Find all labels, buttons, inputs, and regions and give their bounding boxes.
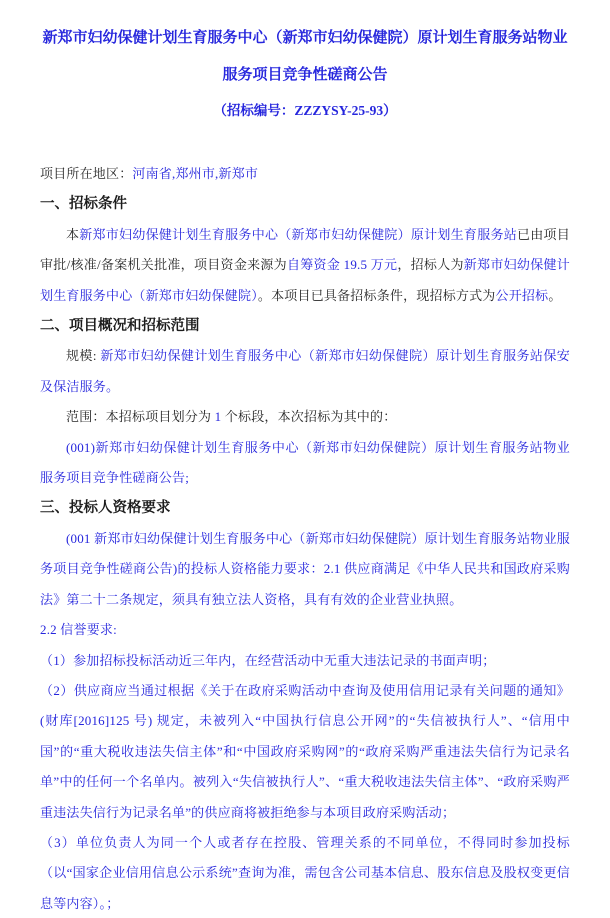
text-segment: ，招标人为 <box>397 257 463 272</box>
scale-label: 规模: <box>66 348 100 363</box>
credit-requirement-item-1: （1）参加招标投标活动近三年内，在经营活动中无重大违法记录的书面声明； <box>40 646 570 676</box>
qualification-requirements-paragraph: (001 新郑市妇幼保健计划生育服务中心（新郑市妇幼保健院）原计划生育服务站物业… <box>40 524 570 615</box>
text-segment: 个标段，本次招标为其中的： <box>221 409 396 424</box>
document-title: 新郑市妇幼保健计划生育服务中心（新郑市妇幼保健院）原计划生育服务站物业服务项目竞… <box>40 20 570 94</box>
section-heading-bidder-qualifications: 三、投标人资格要求 <box>40 493 570 523</box>
text-segment: 本 <box>66 227 79 242</box>
text-segment: 。本项目已具备招标条件，现招标方式为 <box>258 288 496 303</box>
announcement-document-page: 新郑市妇幼保健计划生育服务中心（新郑市妇幼保健院）原计划生育服务站物业服务项目竞… <box>0 0 610 918</box>
bidding-conditions-paragraph: 本新郑市妇幼保健计划生育服务中心（新郑市妇幼保健院）原计划生育服务站已由项目审批… <box>40 220 570 311</box>
project-scale-paragraph: 规模: 新郑市妇幼保健计划生育服务中心（新郑市妇幼保健院）原计划生育服务站保安及… <box>40 341 570 402</box>
scale-value: 新郑市妇幼保健计划生育服务中心（新郑市妇幼保健院）原计划生育服务站保安及保洁服务… <box>40 348 570 393</box>
tender-number: （招标编号：ZZZYSY-25-93） <box>40 94 570 127</box>
section-heading-project-overview: 二、项目概况和招标范围 <box>40 311 570 341</box>
bid-method-text: 公开招标 <box>496 288 549 303</box>
project-location-line: 项目所在地区：河南省,郑州市,新郑市 <box>40 159 570 189</box>
funding-source-text: 自筹资金 19.5 万元 <box>287 257 397 272</box>
credit-requirement-item-3: （3）单位负责人为同一个人或者存在控股、管理关系的不同单位，不得同时参加投标（以… <box>40 828 570 918</box>
credit-requirements-heading: 2.2 信誉要求: <box>40 615 570 645</box>
project-name-text: 新郑市妇幼保健计划生育服务中心（新郑市妇幼保健院）原计划生育服务站 <box>79 227 517 242</box>
project-scope-paragraph: 范围：本招标项目划分为 1 个标段，本次招标为其中的： <box>40 402 570 432</box>
scope-label: 范围：本招标项目划分为 <box>66 409 215 424</box>
credit-requirement-item-2: （2）供应商应当通过根据《关于在政府采购活动中查询及使用信用记录有关问题的通知》… <box>40 676 570 828</box>
section-heading-bidding-conditions: 一、招标条件 <box>40 189 570 219</box>
location-value: 河南省,郑州市,新郑市 <box>132 166 258 181</box>
lot-001-line: (001)新郑市妇幼保健计划生育服务中心（新郑市妇幼保健院）原计划生育服务站物业… <box>40 433 570 494</box>
text-segment: 。 <box>548 288 561 303</box>
location-label: 项目所在地区： <box>40 166 132 181</box>
